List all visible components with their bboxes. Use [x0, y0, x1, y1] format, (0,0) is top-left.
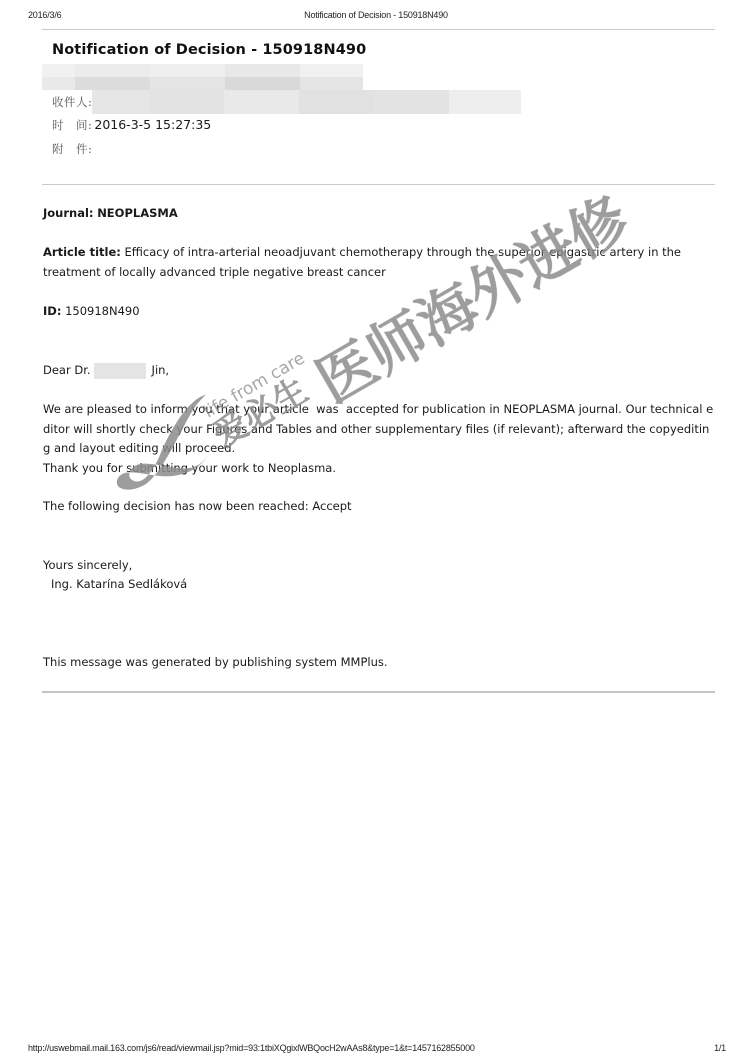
attachment-label: 附 件: — [52, 139, 92, 159]
decision-line: The following decision has now been reac… — [43, 497, 715, 517]
article-title-value: Efficacy of intra-arterial neoadjuvant c… — [43, 245, 681, 279]
sender-redacted — [42, 64, 363, 90]
id-value: 150918N490 — [65, 304, 139, 318]
watermark: life from care 爱必生 医师海外进修 — [0, 0, 752, 1064]
salutation-suffix: Jin, — [152, 361, 170, 381]
print-header: 2016/3/6 Notification of Decision - 1509… — [0, 10, 752, 24]
mail-header-divider — [42, 184, 715, 185]
time-value: 2016-3-5 15:27:35 — [94, 115, 211, 135]
print-page-number: 1/1 — [714, 1043, 726, 1053]
salutation-prefix: Dear Dr. — [43, 361, 91, 381]
recipient-label: 收件人: — [52, 92, 92, 112]
thanks-text: Thank you for submitting your work to Ne… — [43, 459, 715, 479]
journal-value: NEOPLASMA — [97, 206, 178, 220]
body-end-divider — [42, 691, 715, 693]
acceptance-paragraph: We are pleased to inform you that your a… — [43, 400, 715, 478]
attachment-row: 附 件: — [52, 139, 94, 159]
signer-name: Ing. Katarína Sedláková — [43, 575, 723, 595]
salutation: Dear Dr. Jin, — [43, 361, 715, 381]
print-footer: http://uswebmail.mail.163.com/js6/read/v… — [0, 1043, 752, 1057]
recipient-row: 收件人: — [52, 92, 521, 112]
generated-note: This message was generated by publishing… — [43, 653, 715, 673]
acceptance-text: We are pleased to inform you that your a… — [43, 400, 715, 459]
journal-line: Journal: NEOPLASMA — [43, 204, 715, 224]
time-row: 时 间: 2016-3-5 15:27:35 — [52, 115, 211, 135]
article-title-line: Article title: Efficacy of intra-arteria… — [43, 243, 715, 282]
print-url: http://uswebmail.mail.163.com/js6/read/v… — [28, 1043, 475, 1053]
id-label: ID: — [43, 304, 61, 318]
article-title-label: Article title: — [43, 245, 121, 259]
recipient-redacted — [92, 90, 521, 114]
journal-label: Journal: — [43, 206, 94, 220]
name-redacted — [94, 363, 146, 379]
header-divider — [42, 29, 715, 30]
manuscript-id-line: ID: 150918N490 — [43, 302, 715, 322]
time-label: 时 间: — [52, 115, 92, 135]
closing: Yours sincerely, — [43, 556, 715, 576]
print-title: Notification of Decision - 150918N490 — [0, 10, 752, 20]
mail-subject: Notification of Decision - 150918N490 — [52, 42, 366, 58]
